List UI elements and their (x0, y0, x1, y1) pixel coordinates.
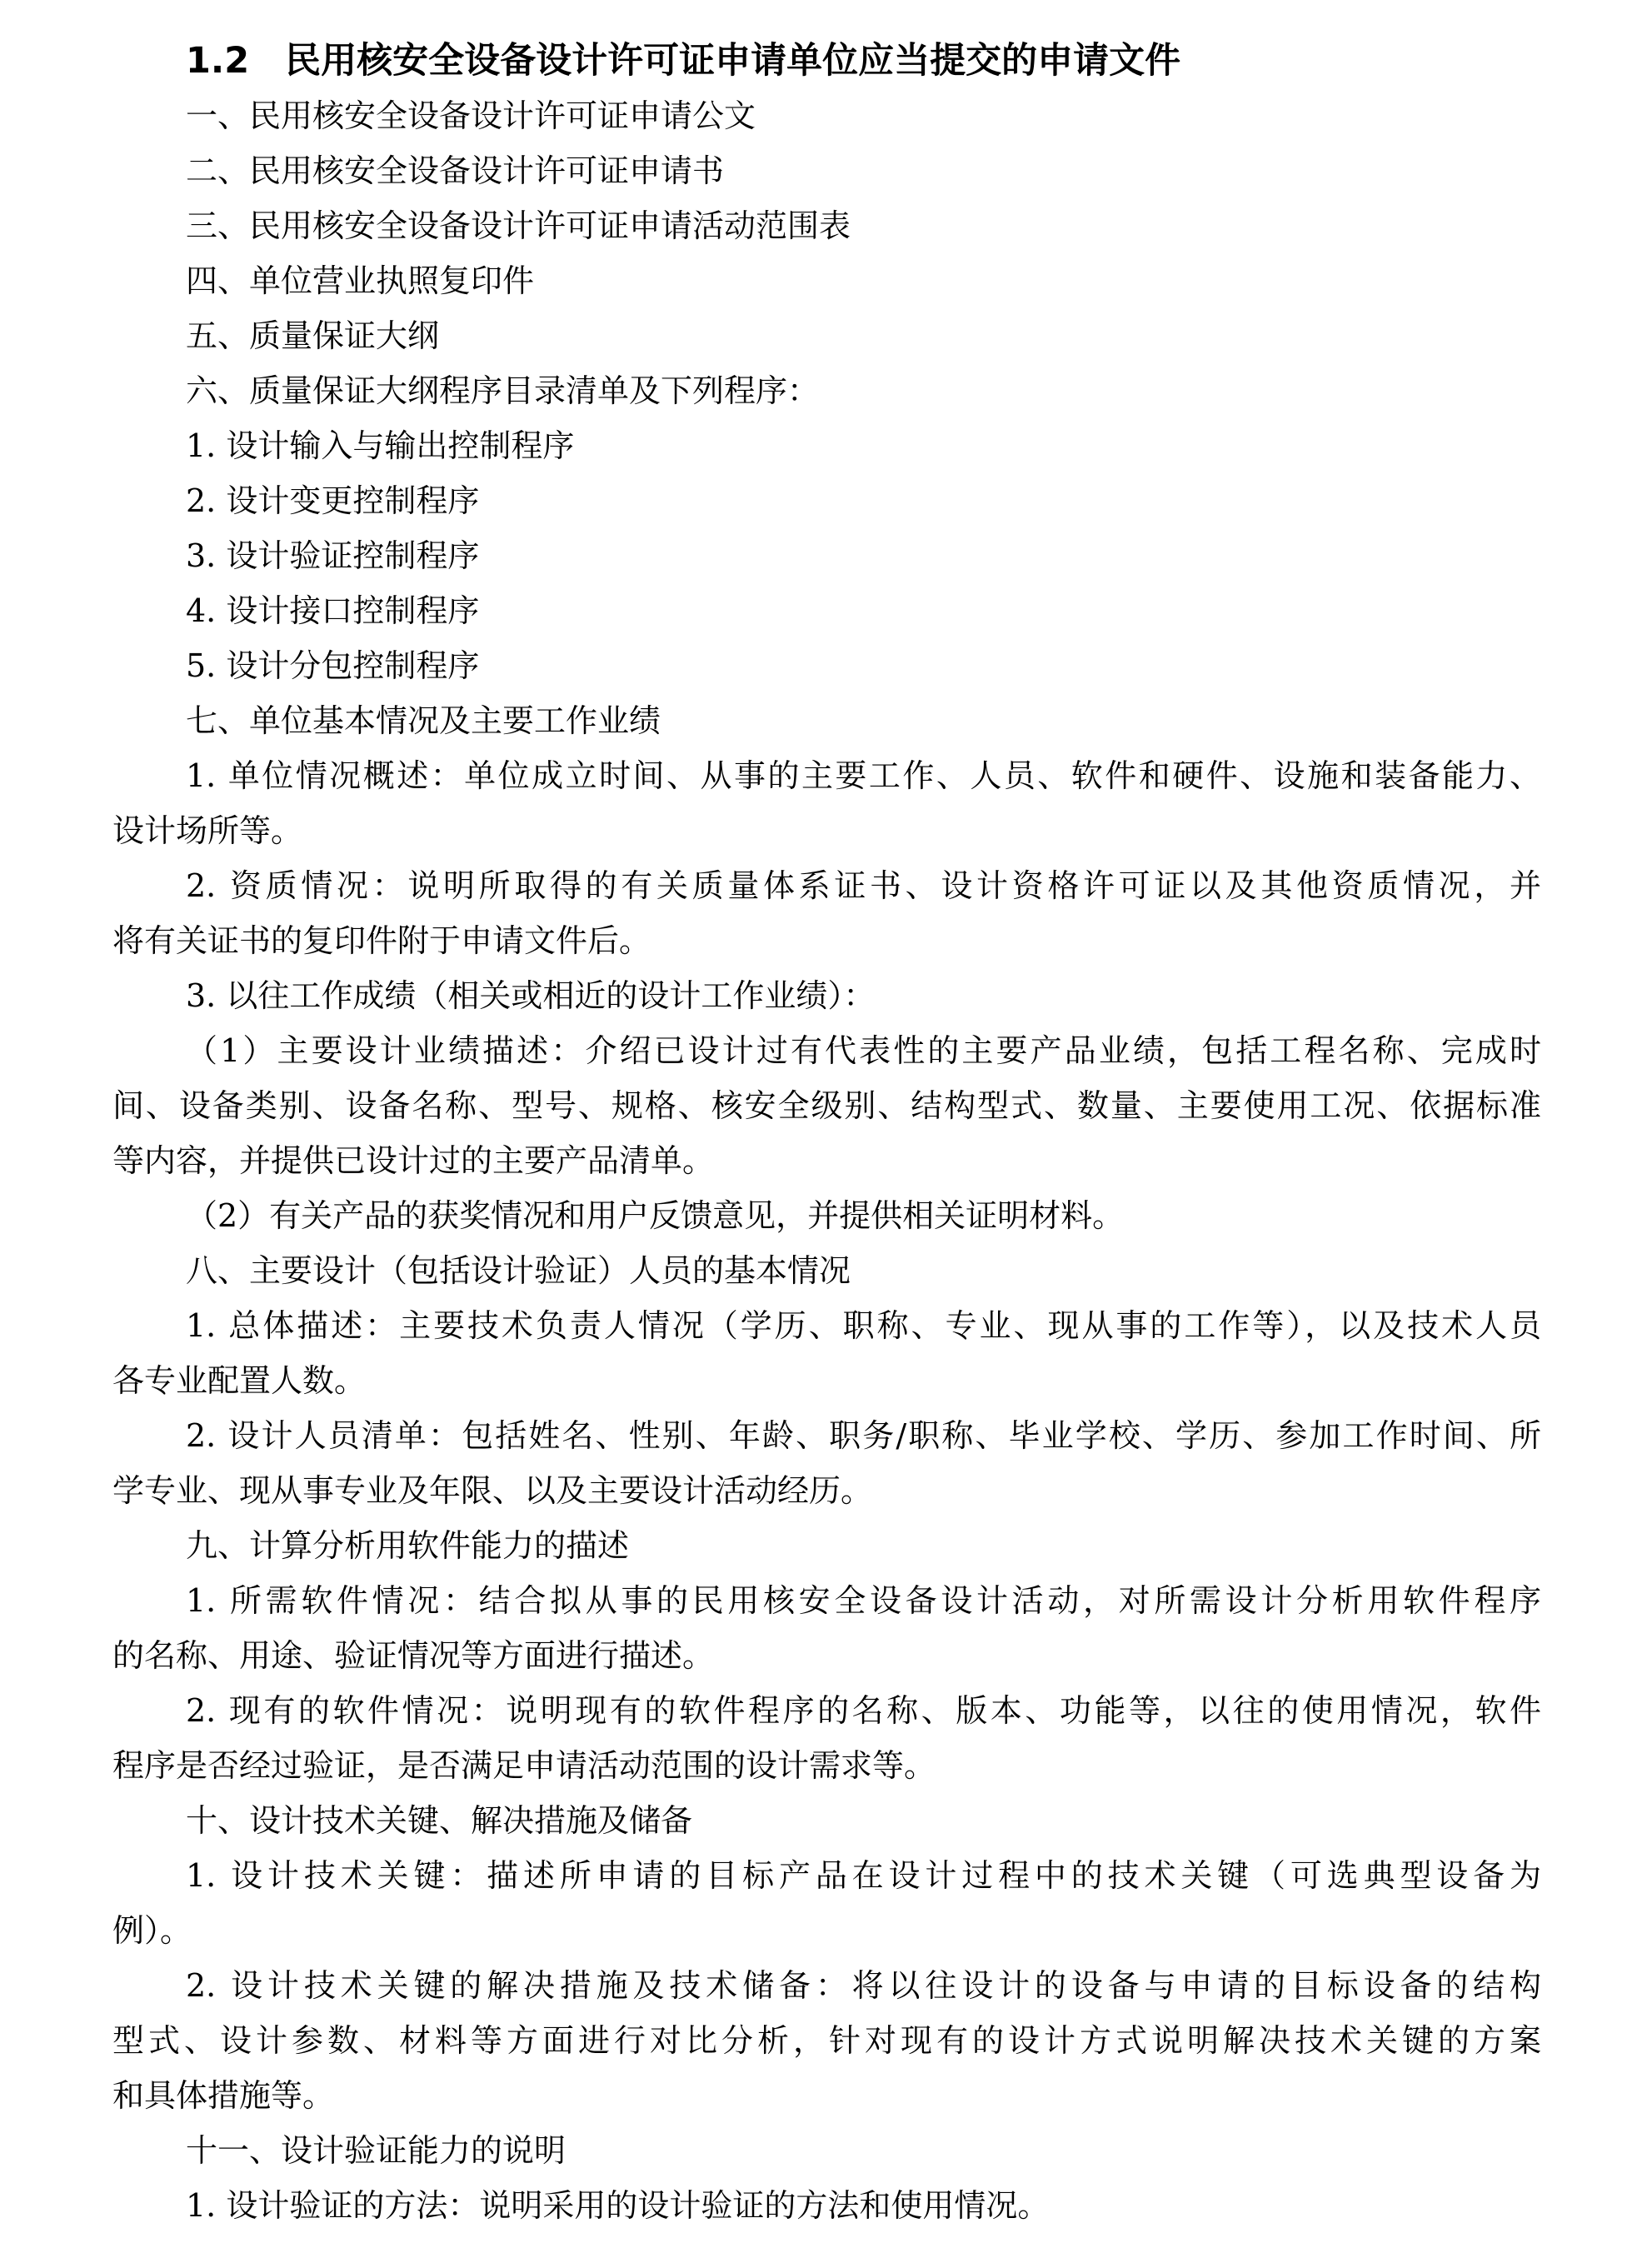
list-item-10: 十、设计技术关键、解决措施及储备 (112, 1793, 1541, 1848)
sub-item-10-2-line3: 和具体措施等。 (112, 2068, 1541, 2123)
sub-item-10-2-line2: 型式、设计参数、材料等方面进行对比分析，针对现有的设计方式说明解决技术关键的方案 (112, 2013, 1541, 2068)
list-item-3: 三、民用核安全设备设计许可证申请活动范围表 (112, 198, 1541, 253)
sub-item-7-3-1-line1: （1）主要设计业绩描述：介绍已设计过有代表性的主要产品业绩，包括工程名称、完成时 (112, 1023, 1541, 1078)
list-item-7: 七、单位基本情况及主要工作业绩 (112, 693, 1541, 748)
section-heading: 1.2 民用核安全设备设计许可证申请单位应当提交的申请文件 (112, 33, 1541, 88)
sub-item-7-3-1-line3: 等内容，并提供已设计过的主要产品清单。 (112, 1133, 1541, 1188)
sub-item-7-3-2: （2）有关产品的获奖情况和用户反馈意见，并提供相关证明材料。 (112, 1188, 1541, 1243)
sub-item-9-1-line2: 的名称、用途、验证情况等方面进行描述。 (112, 1628, 1541, 1683)
sub-item-9-2-line2: 程序是否经过验证，是否满足申请活动范围的设计需求等。 (112, 1738, 1541, 1793)
document-text-block: 1.2 民用核安全设备设计许可证申请单位应当提交的申请文件一、民用核安全设备设计… (112, 33, 1541, 2233)
list-item-2: 二、民用核安全设备设计许可证申请书 (112, 143, 1541, 198)
sub-item-10-1-line2: 例）。 (112, 1903, 1541, 1958)
sub-item-11-1: 1. 设计验证的方法：说明采用的设计验证的方法和使用情况。 (112, 2178, 1541, 2233)
list-item-6: 六、质量保证大纲程序目录清单及下列程序： (112, 363, 1541, 418)
sub-item-7-1-line1: 1. 单位情况概述：单位成立时间、从事的主要工作、人员、软件和硬件、设施和装备能… (112, 748, 1541, 803)
sub-item-8-2-line1: 2. 设计人员清单：包括姓名、性别、年龄、职务/职称、毕业学校、学历、参加工作时… (112, 1408, 1541, 1463)
list-item-5: 五、质量保证大纲 (112, 308, 1541, 363)
sub-item-7-1-line2: 设计场所等。 (112, 803, 1541, 858)
list-item-8: 八、主要设计（包括设计验证）人员的基本情况 (112, 1243, 1541, 1298)
list-item-9: 九、计算分析用软件能力的描述 (112, 1518, 1541, 1573)
document-page: 1.2 民用核安全设备设计许可证申请单位应当提交的申请文件一、民用核安全设备设计… (0, 0, 1652, 2243)
sub-item-6-3: 3. 设计验证控制程序 (112, 528, 1541, 583)
sub-item-7-2-line1: 2. 资质情况：说明所取得的有关质量体系证书、设计资格许可证以及其他资质情况，并 (112, 858, 1541, 913)
list-item-11: 十一、设计验证能力的说明 (112, 2123, 1541, 2178)
sub-item-7-3-1-line2: 间、设备类别、设备名称、型号、规格、核安全级别、结构型式、数量、主要使用工况、依… (112, 1078, 1541, 1133)
list-item-4: 四、单位营业执照复印件 (112, 253, 1541, 308)
sub-item-6-2: 2. 设计变更控制程序 (112, 473, 1541, 528)
sub-item-10-1-line1: 1. 设计技术关键：描述所申请的目标产品在设计过程中的技术关键（可选典型设备为 (112, 1848, 1541, 1903)
sub-item-8-2-line2: 学专业、现从事专业及年限、以及主要设计活动经历。 (112, 1463, 1541, 1518)
sub-item-7-3: 3. 以往工作成绩（相关或相近的设计工作业绩）： (112, 968, 1541, 1023)
sub-item-9-1-line1: 1. 所需软件情况：结合拟从事的民用核安全设备设计活动，对所需设计分析用软件程序 (112, 1573, 1541, 1628)
sub-item-10-2-line1: 2. 设计技术关键的解决措施及技术储备：将以往设计的设备与申请的目标设备的结构 (112, 1958, 1541, 2013)
sub-item-6-1: 1. 设计输入与输出控制程序 (112, 418, 1541, 473)
sub-item-9-2-line1: 2. 现有的软件情况：说明现有的软件程序的名称、版本、功能等，以往的使用情况，软… (112, 1683, 1541, 1738)
sub-item-6-5: 5. 设计分包控制程序 (112, 638, 1541, 693)
sub-item-8-1-line2: 各专业配置人数。 (112, 1353, 1541, 1408)
list-item-1: 一、民用核安全设备设计许可证申请公文 (112, 88, 1541, 143)
sub-item-7-2-line2: 将有关证书的复印件附于申请文件后。 (112, 913, 1541, 968)
sub-item-6-4: 4. 设计接口控制程序 (112, 583, 1541, 638)
sub-item-8-1-line1: 1. 总体描述：主要技术负责人情况（学历、职称、专业、现从事的工作等），以及技术… (112, 1298, 1541, 1353)
